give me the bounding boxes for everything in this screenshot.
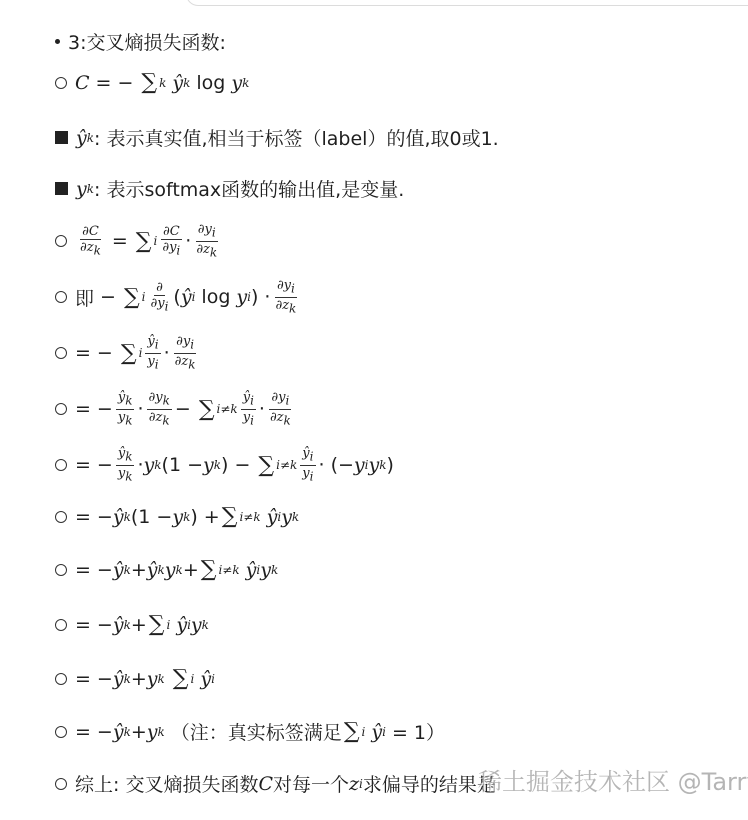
bullet-circle-icon [55,511,67,523]
equation-7: =−ŷk + ŷkyk + ∑i≠kŷiyk [55,557,278,582]
bullet-circle-icon [55,778,67,790]
bullet-circle-icon [55,347,67,359]
bullet-circle-icon [55,726,67,738]
equation-10: =−ŷk + yk （注：真实标签满足∑iŷi= 1） [55,718,445,745]
definition-y: yk : 表示softmax函数的输出值,是变量. [55,175,404,202]
definition-yhat-text: : 表示真实值,相当于标签（label）的值,取0或1. [94,124,499,151]
bullet-dot-icon [55,39,60,44]
note-text: （注：真实标签满足 [171,718,342,745]
bullet-circle-icon [55,459,67,471]
bullet-circle-icon [55,619,67,631]
equation-3: =−∑i ŷiyi · ∂yi∂zk [55,334,201,372]
bullet-circle-icon [55,235,67,247]
bullet-circle-icon [55,291,67,303]
bullet-circle-icon [55,77,67,89]
equation-4: =− ŷkyk · ∂yk∂zk −∑i≠k ŷiyi · ∂yi∂zk [55,390,296,428]
bullet-circle-icon [55,403,67,415]
equation-loss: C=−∑kŷklogyk [55,70,249,95]
equation-6: =−ŷk(1 − yk) + ∑i≠kŷiyk [55,504,299,529]
watermark: 稀土掘金技术社区 @Tarry [478,762,748,797]
bullet-circle-icon [55,564,67,576]
equation-8: =−ŷk + ∑iŷiyk [55,612,209,637]
equation-5: =− ŷkyk · yk(1 − yk) −∑i≠k ŷiyi · (−yiyk… [55,446,394,484]
section-heading: 3:交叉熵损失函数: [55,28,226,55]
heading-text: 3:交叉熵损失函数: [68,28,226,55]
top-card-border [186,0,748,6]
bullet-square-icon [55,131,68,144]
equation-summary: 综上: 交叉熵损失函数C对每一个zi求偏导的结果是 [55,770,496,797]
definition-y-text: : 表示softmax函数的输出值,是变量. [94,175,404,202]
equation-2: 即−∑i ∂∂yi(ŷilogyi) · ∂yi∂zk [55,278,301,316]
equation-1: ∂C∂zk =∑i ∂C∂yi · ∂yi∂zk [55,222,222,260]
equation-9: =−ŷk + yk∑iŷi [55,666,215,691]
definition-yhat: ŷk : 表示真实值,相当于标签（label）的值,取0或1. [55,124,499,151]
bullet-circle-icon [55,673,67,685]
bullet-square-icon [55,182,68,195]
